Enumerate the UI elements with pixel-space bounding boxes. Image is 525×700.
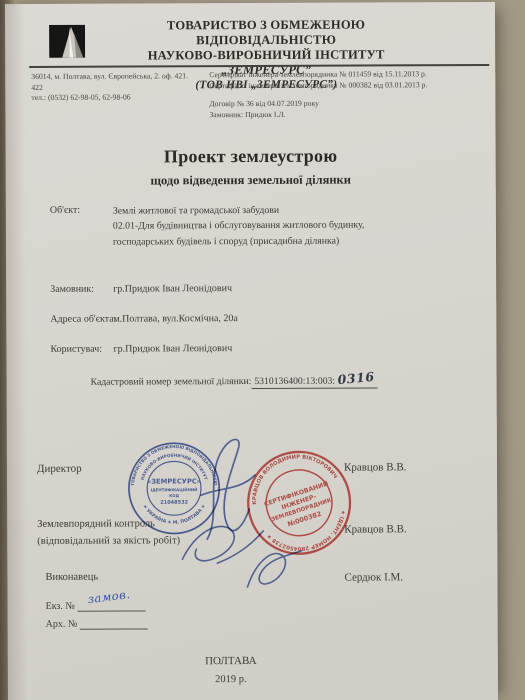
object-value-line: Землі житлової та громадської забудови — [113, 202, 443, 219]
phone-line: тел.: (0532) 62-98-05, 62-98-06 — [31, 92, 219, 103]
footer-city: ПОЛТАВА — [8, 654, 454, 668]
address-line: 36014, м. Полтава, вул. Європейська, 2. … — [31, 71, 219, 82]
blue-stamp-center-code-number: 21048532 — [160, 500, 188, 506]
photo-of-document: ТОВАРИСТВО З ОБМЕЖЕНОЮ ВІДПОВІДАЛЬНІСТЮ … — [0, 0, 525, 700]
cadastre-number-printed: 5310136400:13:003: — [254, 376, 335, 387]
document-title: Проект землеустрою — [6, 145, 496, 168]
contract-block: Договір № 36 від 04.07.2019 року Замовни… — [209, 98, 493, 120]
company-name-line1: ТОВАРИСТВО З ОБМЕЖЕНОЮ ВІДПОВІДАЛЬНІСТЮ — [101, 17, 431, 48]
copy-number-label: Екз. № — [46, 601, 75, 612]
address-line: 422 — [31, 82, 219, 93]
object-address-value: м.Полтава, вул.Космічна, 20а — [113, 313, 238, 325]
blue-stamp-center-idcode-label: ІДЕНТИФІКАЦІЙНИЙ — [151, 487, 198, 492]
client-value: гр.Придюк Іван Леонідович — [113, 283, 232, 295]
footer-year: 2019 р. — [8, 673, 454, 686]
document-page: ТОВАРИСТВО З ОБМЕЖЕНОЮ ВІДПОВІДАЛЬНІСТЮ … — [5, 2, 498, 700]
cadastre-label: Кадастровий номер земельної ділянки: — [91, 376, 252, 388]
blue-stamp-center-name: «ЗЕМРЕСУРС» — [147, 477, 201, 485]
director-label: Директор — [37, 463, 82, 475]
copy-number-handwritten: замов. — [87, 587, 131, 606]
cadastre-number-handwritten: 0316 — [337, 369, 375, 387]
archive-number-label: Арх. № — [46, 619, 78, 630]
executor-label: Виконавець — [45, 569, 98, 586]
client-label: Замовник: — [50, 284, 94, 295]
blue-stamp-center-code-word: КОД — [169, 493, 180, 498]
contract-client-line: Замовник: Придюк І.Л. — [209, 109, 493, 121]
archive-number-underline — [80, 616, 148, 629]
executor-signature — [241, 545, 307, 597]
certificates-block: Сертифікат інженера-землевпорядника № 01… — [209, 69, 493, 91]
cadastre-row: Кадастровий номер земельної ділянки:5310… — [91, 371, 378, 387]
cadastre-number: 5310136400:13:003: 0316 — [251, 375, 377, 389]
object-value-line: господарських будівель і споруд (присади… — [113, 233, 443, 250]
object-value: Землі житлової та громадської забудови 0… — [113, 202, 443, 249]
copy-number-row: Екз. № замов. — [46, 598, 146, 611]
object-value-line: 02.01-Для будівництва і обслуговування ж… — [113, 217, 443, 234]
archive-number-row: Арх. № — [46, 616, 148, 629]
certificate-line: Сертифікат інженера-землевпорядника № 00… — [209, 80, 493, 92]
company-address-block: 36014, м. Полтава, вул. Європейська, 2. … — [31, 71, 219, 104]
executor-name: Сердюк І.М. — [344, 571, 403, 583]
company-logo-icon — [49, 25, 85, 58]
land-user-label: Користувач: — [50, 344, 102, 355]
copy-number-underline: замов. — [77, 598, 145, 611]
document-subtitle: щодо відведення земельної ділянки — [6, 172, 496, 189]
land-user-value: гр.Придюк Іван Леонідович — [113, 343, 232, 355]
director-name: Кравцов В.В. — [344, 461, 406, 473]
object-label: Об'єкт: — [50, 205, 80, 216]
object-address-label: Адреса об'єкта: — [50, 314, 116, 325]
